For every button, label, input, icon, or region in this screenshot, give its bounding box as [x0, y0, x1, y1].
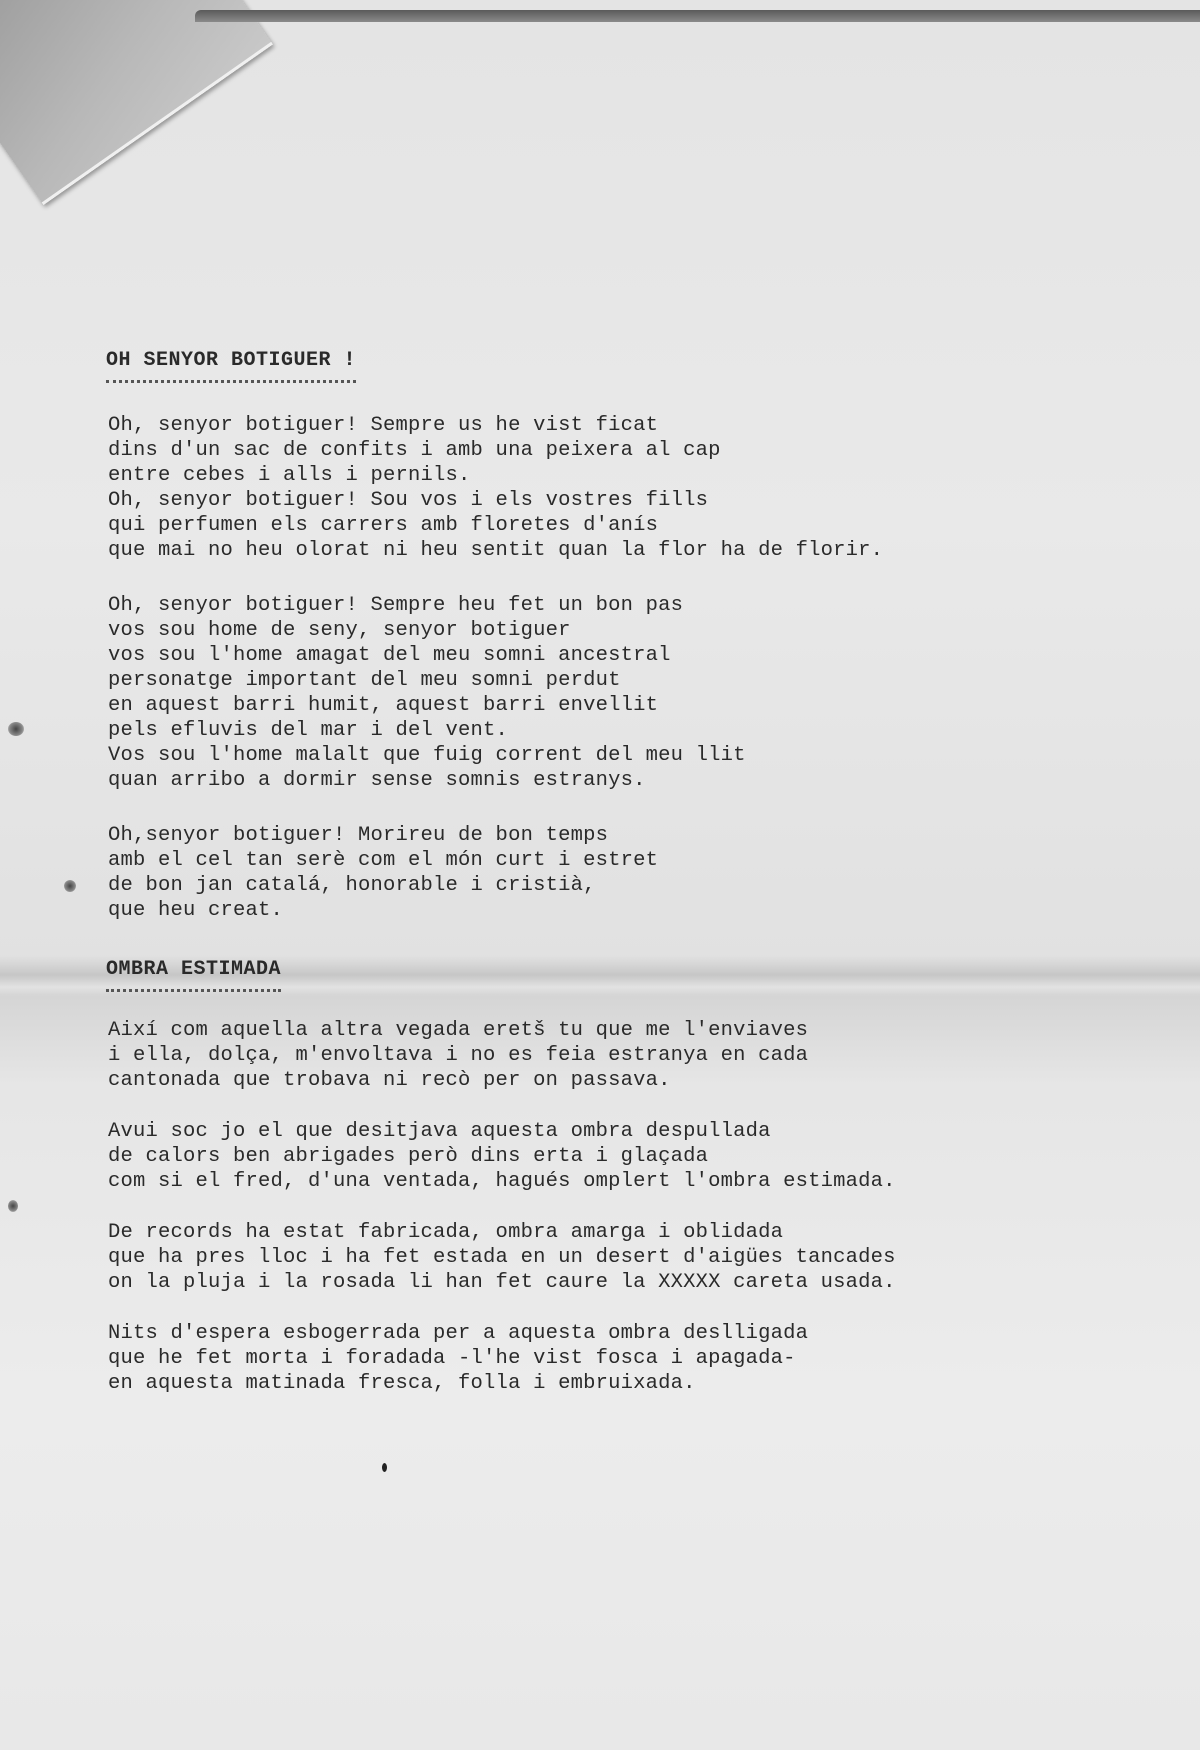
page-top-edge	[195, 10, 1200, 22]
poem-line: de bon jan catalá, honorable i cristià,	[108, 873, 1166, 898]
poem-line: que mai no heu olorat ni heu sentit quan…	[108, 538, 1166, 563]
poem-line: Oh, senyor botiguer! Sempre heu fet un b…	[108, 593, 1166, 618]
stanza: Oh, senyor botiguer! Sempre us he vist f…	[108, 413, 1166, 563]
poem-line: entre cebes i alls i pernils.	[108, 463, 1166, 488]
ink-speck	[382, 1463, 387, 1472]
poem-line: on la pluja i la rosada li han fet caure…	[108, 1270, 1166, 1295]
poem-line: pels efluvis del mar i del vent.	[108, 718, 1166, 743]
poem-line: en aquesta matinada fresca, folla i embr…	[108, 1371, 1166, 1396]
stanza: Oh, senyor botiguer! Sempre heu fet un b…	[108, 593, 1166, 793]
stanza: Oh,senyor botiguer! Morireu de bon temps…	[108, 823, 1166, 923]
poem-title: OH SENYOR BOTIGUER !	[106, 348, 356, 383]
poem-line: que he fet morta i foradada -l'he vist f…	[108, 1346, 1166, 1371]
poem-line: Avui soc jo el que desitjava aquesta omb…	[108, 1119, 1166, 1144]
poem-line: Oh,senyor botiguer! Morireu de bon temps	[108, 823, 1166, 848]
punch-hole	[8, 1200, 18, 1212]
poem-line: vos sou home de seny, senyor botiguer	[108, 618, 1166, 643]
poem-line: dins d'un sac de confits i amb una peixe…	[108, 438, 1166, 463]
poem-line: i ella, dolça, m'envoltava i no es feia …	[108, 1043, 1166, 1068]
poem-line: amb el cel tan serè com el món curt i es…	[108, 848, 1166, 873]
folded-corner	[0, 0, 273, 205]
poem-line: Oh, senyor botiguer! Sempre us he vist f…	[108, 413, 1166, 438]
punch-hole	[64, 880, 76, 892]
poem-ombra-estimada: OMBRA ESTIMADA Així com aquella altra ve…	[106, 923, 1166, 1396]
poem-title: OMBRA ESTIMADA	[106, 957, 281, 992]
poem-line: Així com aquella altra vegada eretš tu q…	[108, 1018, 1166, 1043]
poem-line: que heu creat.	[108, 898, 1166, 923]
poem-line: De records ha estat fabricada, ombra ama…	[108, 1220, 1166, 1245]
stanza: Avui soc jo el que desitjava aquesta omb…	[108, 1119, 1166, 1194]
stanza: Així com aquella altra vegada eretš tu q…	[108, 1018, 1166, 1093]
poem-line: que ha pres lloc i ha fet estada en un d…	[108, 1245, 1166, 1270]
poem-oh-senyor-botiguer: OH SENYOR BOTIGUER ! Oh, senyor botiguer…	[106, 348, 1166, 923]
poem-line: Oh, senyor botiguer! Sou vos i els vostr…	[108, 488, 1166, 513]
poem-line: cantonada que trobava ni recò per on pas…	[108, 1068, 1166, 1093]
stanza: Nits d'espera esbogerrada per a aquesta …	[108, 1321, 1166, 1396]
punch-hole	[8, 722, 24, 736]
poem-line: en aquest barri humit, aquest barri enve…	[108, 693, 1166, 718]
poem-line: personatge important del meu somni perdu…	[108, 668, 1166, 693]
poem-line: qui perfumen els carrers amb floretes d'…	[108, 513, 1166, 538]
stanza: De records ha estat fabricada, ombra ama…	[108, 1220, 1166, 1295]
poem-line: com si el fred, d'una ventada, hagués om…	[108, 1169, 1166, 1194]
scanned-page: OH SENYOR BOTIGUER ! Oh, senyor botiguer…	[0, 0, 1200, 1750]
poem-line: vos sou l'home amagat del meu somni ance…	[108, 643, 1166, 668]
poem-line: Vos sou l'home malalt que fuig corrent d…	[108, 743, 1166, 768]
poem-line: quan arribo a dormir sense somnis estran…	[108, 768, 1166, 793]
document-body: OH SENYOR BOTIGUER ! Oh, senyor botiguer…	[106, 348, 1166, 1396]
poem-line: Nits d'espera esbogerrada per a aquesta …	[108, 1321, 1166, 1346]
poem-line: de calors ben abrigades però dins erta i…	[108, 1144, 1166, 1169]
